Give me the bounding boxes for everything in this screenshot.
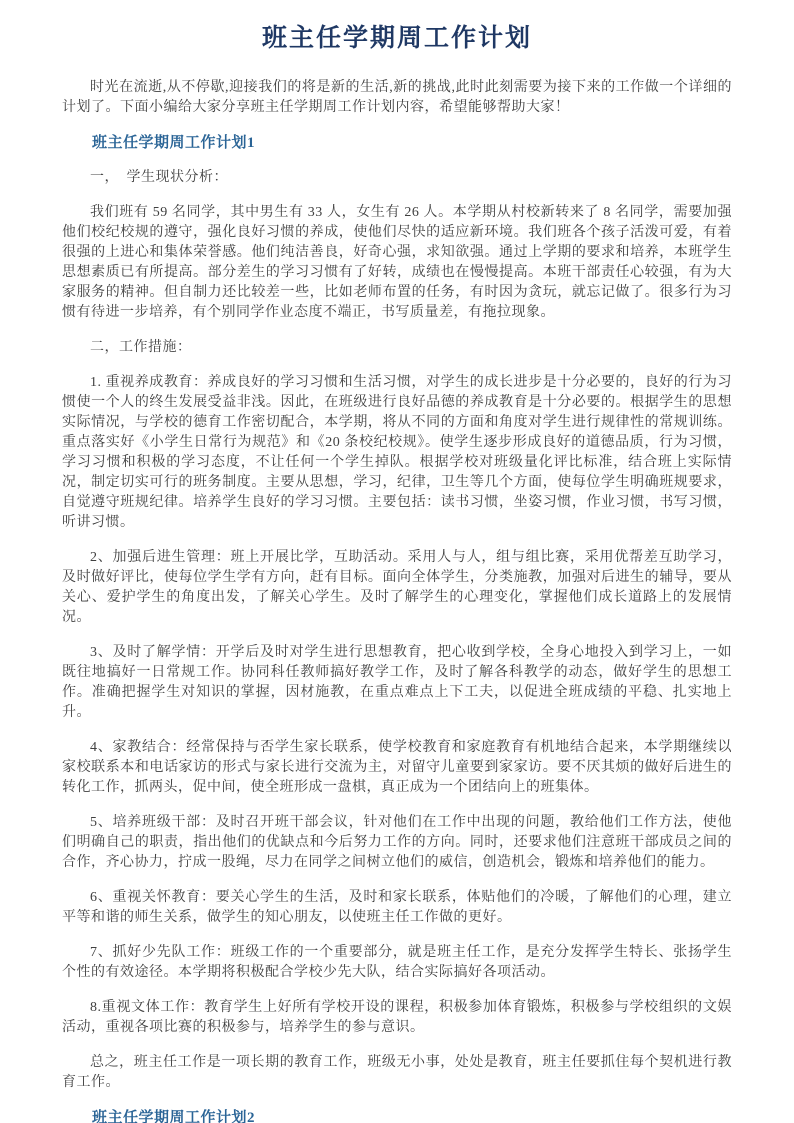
plan1-measures-label: 二，工作措施： (62, 338, 732, 358)
plan1-measure-paragraph: 8.重视文体工作：教育学生上好所有学校开设的课程，积极参加体育锻炼，积极参与学校… (62, 998, 732, 1038)
intro-paragraph: 时光在流逝,从不停歇,迎接我们的将是新的生活,新的挑战,此时此刻需要为接下来的工… (62, 78, 732, 118)
plan1-conclusion-paragraph: 总之，班主任工作是一项长期的教育工作，班级无小事，处处是教育，班主任要抓住每个契… (62, 1053, 732, 1093)
plan1-heading: 班主任学期周工作计划1 (62, 133, 732, 153)
plan1-measure-paragraph: 6、重视关怀教育：要关心学生的生活，及时和家长联系，体贴他们的冷暖，了解他们的心… (62, 888, 732, 928)
plan1-measure-paragraph: 3、及时了解学情：开学后及时对学生进行思想教育，把心收到学校，全身心地投入到学习… (62, 643, 732, 723)
plan1-measure-paragraph: 7、抓好少先队工作：班级工作的一个重要部分，就是班主任工作，是充分发挥学生特长、… (62, 943, 732, 983)
plan1-measure-paragraph: 4、家教结合：经常保持与否学生家长联系，使学校教育和家庭教育有机地结合起来，本学… (62, 738, 732, 798)
plan1-analysis-paragraph: 我们班有 59 名同学，其中男生有 33 人，女生有 26 人。本学期从村校新转… (62, 203, 732, 323)
plan1-analysis-label: 一， 学生现状分析： (62, 168, 732, 188)
plan1-measure-paragraph: 2、加强后进生管理：班上开展比学，互助活动。采用人与人，组与组比赛，采用优帮差互… (62, 548, 732, 628)
plan1-measure-paragraph: 5、培养班级干部：及时召开班干部会议，针对他们在工作中出现的问题，教给他们工作方… (62, 813, 732, 873)
plan2-heading: 班主任学期周工作计划2 (62, 1108, 732, 1123)
plan1-measure-paragraph: 1. 重视养成教育：养成良好的学习习惯和生活习惯，对学生的成长进步是十分必要的，… (62, 373, 732, 533)
document-title: 班主任学期周工作计划 (62, 22, 732, 54)
document-page: 班主任学期周工作计划 时光在流逝,从不停歇,迎接我们的将是新的生活,新的挑战,此… (0, 0, 794, 1123)
